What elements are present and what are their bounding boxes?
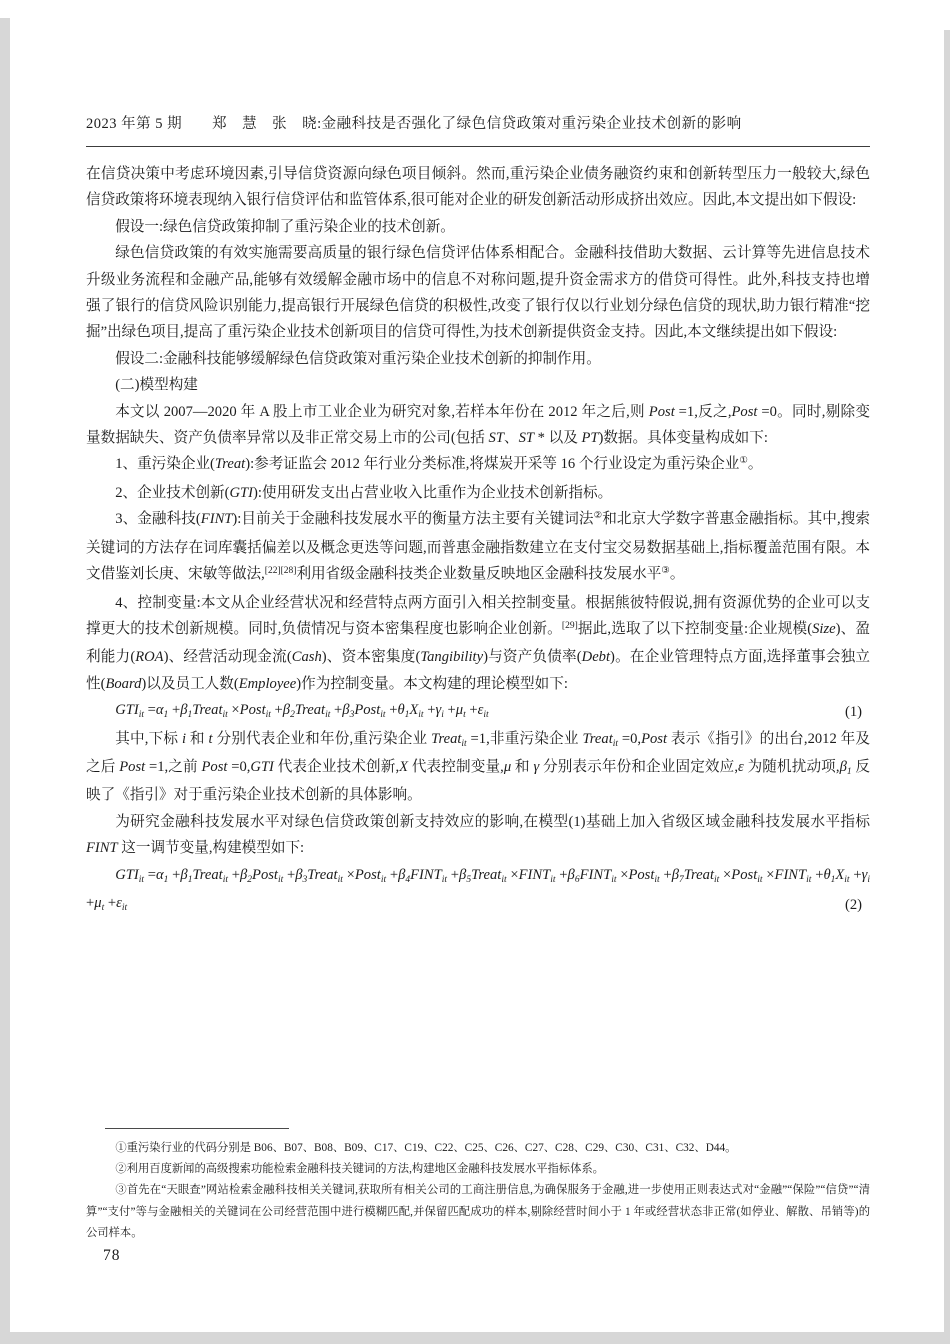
- text-run: Post: [354, 702, 380, 718]
- text-run: +: [424, 702, 436, 718]
- text-run: Treat: [431, 731, 461, 747]
- subscript: 7: [679, 875, 684, 885]
- text-run: Treat: [192, 702, 222, 718]
- page-number: 78: [103, 1247, 121, 1265]
- paragraph: 其中,下标 i 和 t 分别代表企业和年份,重污染企业 Treatit =1,非…: [86, 726, 870, 809]
- text-run: GTI: [115, 702, 139, 718]
- subscript: it: [654, 875, 659, 885]
- text-run: Post: [355, 867, 381, 883]
- text-run: Post: [252, 867, 278, 883]
- footnote: ②利用百度新闻的高级搜索功能检索金融科技关键词的方法,构建地区金融科技发展水平指…: [86, 1159, 870, 1180]
- text-run: Treat: [192, 867, 222, 883]
- superscript-note: [29]: [562, 621, 578, 631]
- subscript: it: [139, 710, 144, 720]
- text-run: Treat: [684, 867, 714, 883]
- paragraph: 2、企业技术创新(GTI):使用研发支出占营业收入比重作为企业技术创新指标。: [86, 480, 870, 506]
- subscript: 6: [575, 875, 580, 885]
- text-run: θ: [397, 702, 404, 718]
- subscript: it: [278, 875, 283, 885]
- text-run: +: [228, 867, 240, 883]
- equation-number: (2): [816, 892, 862, 918]
- text-run: μ: [456, 702, 463, 718]
- text-run: X: [835, 867, 844, 883]
- text-run: Post: [649, 404, 675, 420]
- text-run: Post: [119, 759, 145, 775]
- text-run: +: [168, 867, 180, 883]
- subscript: 1: [164, 710, 169, 720]
- subscript: it: [483, 710, 488, 720]
- text-run: 2、企业技术创新(: [115, 485, 229, 501]
- text-run: Post: [731, 867, 757, 883]
- text-run: ):目前关于金融科技发展水平的衡量方法主要有关键词法: [232, 511, 593, 527]
- footnote-separator: [105, 1128, 289, 1129]
- text-run: GTI: [115, 867, 139, 883]
- subscript: it: [757, 875, 762, 885]
- text-run: ×: [228, 702, 240, 718]
- text-run: 据此,选取了以下控制变量:企业规模(: [578, 621, 812, 637]
- article-body: 在信贷决策中考虑环境因素,引导信贷资源向绿色项目倾斜。然而,重污染企业债务融资约…: [86, 161, 870, 918]
- text-run: θ: [823, 867, 830, 883]
- text-run: GTI: [250, 759, 274, 775]
- text-run: Board: [105, 676, 141, 692]
- text-run: ×: [616, 867, 628, 883]
- text-run: 分别表示年份和企业固定效应,: [539, 759, 738, 775]
- text-run: +: [660, 867, 672, 883]
- text-run: )、经营活动现金流(: [164, 649, 292, 665]
- header-rule: [86, 146, 870, 147]
- text-run: Treat: [471, 867, 501, 883]
- text-run: FINT: [580, 867, 612, 883]
- text-run: μ: [94, 895, 101, 911]
- paragraph: 4、控制变量:本文从企业经营状况和经营特点两方面引入相关控制变量。根据熊彼特假说…: [86, 590, 870, 698]
- paragraph: 本文以 2007—2020 年 A 股上市工业企业为研究对象,若样本年份在 20…: [86, 399, 870, 452]
- text-run: Post: [732, 404, 758, 420]
- text-run: FINT: [775, 867, 807, 883]
- text-run: Post: [202, 759, 228, 775]
- subscript: it: [844, 875, 849, 885]
- text-run: ROA: [135, 649, 163, 665]
- superscript-note: ②: [594, 511, 603, 521]
- superscript-note: [22][28]: [265, 566, 297, 576]
- text-run: Post: [641, 731, 667, 747]
- text-run: +: [444, 702, 456, 718]
- text-run: =: [144, 702, 156, 718]
- text-run: =1,反之,: [675, 404, 732, 420]
- text-run: ×: [719, 867, 731, 883]
- text-run: 为随机扰动项,: [744, 759, 840, 775]
- text-run: * 以及: [534, 430, 581, 446]
- subscript: 1: [188, 875, 193, 885]
- subscript: t: [463, 710, 466, 720]
- subscript: 1: [164, 875, 169, 885]
- text-run: ST: [519, 430, 534, 446]
- text-run: +: [386, 867, 398, 883]
- paragraph: 3、金融科技(FINT):目前关于金融科技发展水平的衡量方法主要有关键词法②和北…: [86, 506, 870, 589]
- text-run: +: [466, 702, 478, 718]
- text-run: +: [447, 867, 459, 883]
- text-run: Size: [812, 621, 836, 637]
- text-run: FINT: [410, 867, 442, 883]
- subscript: 1: [187, 710, 192, 720]
- text-run: 1、重污染企业(: [115, 456, 215, 472]
- subscript: it: [223, 710, 228, 720]
- text-run: ST: [489, 430, 504, 446]
- text-run: 这一调节变量,构建模型如下:: [118, 840, 304, 856]
- text-run: 。: [748, 456, 763, 472]
- subscript: 1: [831, 875, 836, 885]
- text-run: (二)模型构建: [115, 377, 198, 393]
- subscript: it: [325, 710, 330, 720]
- text-run: β: [295, 867, 302, 883]
- subscript: 3: [303, 875, 308, 885]
- footnote: ③首先在“天眼查”网站检索金融科技相关关键词,获取所有相关公司的工商注册信息,为…: [86, 1180, 870, 1244]
- paragraph: 假设一:绿色信贷政策抑制了重污染企业的技术创新。: [86, 214, 870, 240]
- text-run: ×: [507, 867, 519, 883]
- text-run: 代表企业技术创新,: [274, 759, 399, 775]
- text-run: =1,之前: [145, 759, 201, 775]
- text-run: )作为控制变量。本文构建的理论模型如下:: [296, 676, 568, 692]
- paragraph: 为研究金融科技发展水平对绿色信贷政策创新支持效应的影响,在模型(1)基础上加入省…: [86, 809, 870, 862]
- text-run: Tangibility: [420, 649, 483, 665]
- text-run: +: [556, 867, 568, 883]
- text-run: 利用省级金融科技类企业数量反映地区金融科技发展水平: [296, 566, 661, 582]
- text-run: ×: [343, 867, 355, 883]
- text-run: β: [180, 867, 187, 883]
- text-run: +: [386, 702, 398, 718]
- text-run: PT: [581, 430, 598, 446]
- text-run: Treat: [295, 702, 325, 718]
- text-run: =1,非重污染企业: [467, 731, 583, 747]
- subscript: it: [380, 710, 385, 720]
- paragraph: 绿色信贷政策的有效实施需要高质量的银行绿色信贷评估体系相配合。金融科技借助大数据…: [86, 240, 870, 346]
- text-run: Treat: [582, 731, 612, 747]
- text-run: ):使用研发支出占营业收入比重作为企业技术创新指标。: [253, 485, 612, 501]
- text-run: )以及员工人数(: [141, 676, 238, 692]
- text-run: X: [399, 759, 408, 775]
- footnote: ①重污染行业的代码分别是 B06、B07、B08、B09、C17、C19、C22…: [86, 1138, 870, 1159]
- text-run: Post: [240, 702, 266, 718]
- text-run: )数据。具体变量构成如下:: [598, 430, 767, 446]
- text-run: β: [568, 867, 575, 883]
- paragraph: 1、重污染企业(Treat):参考证监会 2012 年行业分类标准,将煤炭开采等…: [86, 451, 870, 479]
- equation: GTIit =α1 +β1Treatit +β2Postit +β3Treati…: [86, 862, 870, 919]
- text-run: β: [840, 759, 847, 775]
- text-run: 和: [511, 759, 533, 775]
- text-run: +: [283, 867, 295, 883]
- text-run: Cash: [292, 649, 322, 665]
- subscript: it: [266, 710, 271, 720]
- paragraph: 在信贷决策中考虑环境因素,引导信贷资源向绿色项目倾斜。然而,重污染企业债务融资约…: [86, 161, 870, 214]
- text-run: +: [271, 702, 283, 718]
- subscript: 1: [847, 767, 852, 777]
- text-run: +: [86, 895, 94, 911]
- subscript: 5: [466, 875, 471, 885]
- text-run: +: [104, 895, 116, 911]
- subscript: it: [442, 875, 447, 885]
- text-run: 在信贷决策中考虑环境因素,引导信贷资源向绿色项目倾斜。然而,重污染企业债务融资约…: [86, 166, 870, 208]
- text-run: 代表控制变量,: [408, 759, 504, 775]
- text-run: ):参考证监会 2012 年行业分类标准,将煤炭开采等 16 个行业设定为重污染…: [245, 456, 739, 472]
- subscript: i: [441, 710, 444, 720]
- text-run: )、资本密集度(: [322, 649, 421, 665]
- subscript: it: [223, 875, 228, 885]
- text-run: Treat: [215, 456, 245, 472]
- text-run: ×: [763, 867, 775, 883]
- text-run: 和: [186, 731, 208, 747]
- text-run: 为研究金融科技发展水平对绿色信贷政策创新支持效应的影响,在模型(1)基础上加入省…: [115, 814, 870, 830]
- subscript: 2: [247, 875, 252, 885]
- text-run: 其中,下标: [115, 731, 182, 747]
- equation: GTIit =α1 +β1Treatit ×Postit +β2Treatit …: [86, 697, 870, 725]
- text-run: FINT: [519, 867, 551, 883]
- subscript: 1: [405, 710, 410, 720]
- text-run: 绿色信贷政策的有效实施需要高质量的银行绿色信贷评估体系相配合。金融科技借助大数据…: [86, 245, 870, 340]
- subscript: 2: [290, 710, 295, 720]
- text-run: 假设二:金融科技能够缓解绿色信贷政策对重污染企业技术创新的抑制作用。: [115, 351, 601, 367]
- text-run: 分别代表企业和年份,重污染企业: [213, 731, 432, 747]
- subscript: it: [550, 875, 555, 885]
- running-header: 2023 年第 5 期 郑 慧 张 晓:金融科技是否强化了绿色信贷政策对重污染企…: [86, 112, 870, 133]
- equation-number: (1): [816, 699, 862, 725]
- subscript: it: [338, 875, 343, 885]
- text-run: +: [850, 867, 862, 883]
- text-run: GTI: [230, 485, 254, 501]
- subscript: 3: [350, 710, 355, 720]
- superscript-note: ③: [661, 566, 670, 576]
- subscript: t: [102, 903, 105, 913]
- subscript: it: [611, 875, 616, 885]
- text-run: ε: [116, 895, 122, 911]
- text-run: =0,: [227, 759, 250, 775]
- superscript-note: ①: [739, 456, 748, 466]
- text-run: 假设一:绿色信贷政策抑制了重污染企业的技术创新。: [115, 219, 455, 235]
- subscript: it: [461, 739, 466, 749]
- subscript: it: [122, 903, 127, 913]
- text-run: β: [283, 702, 290, 718]
- text-run: +: [811, 867, 823, 883]
- subscript: it: [381, 875, 386, 885]
- subscript: it: [714, 875, 719, 885]
- text-run: Post: [628, 867, 654, 883]
- text-run: )与资产负债率(: [483, 649, 582, 665]
- subscript: it: [501, 875, 506, 885]
- text-run: =: [144, 867, 156, 883]
- text-run: =0,: [618, 731, 641, 747]
- scan-edge-bottom: [0, 1332, 950, 1344]
- text-run: +: [168, 702, 180, 718]
- subscript: it: [613, 739, 618, 749]
- scan-edge-right: [944, 30, 950, 1344]
- paragraph: (二)模型构建: [86, 372, 870, 398]
- footnotes: ①重污染行业的代码分别是 B06、B07、B08、B09、C17、C19、C22…: [86, 1138, 870, 1244]
- journal-page: 2023 年第 5 期 郑 慧 张 晓:金融科技是否强化了绿色信贷政策对重污染企…: [0, 0, 950, 1344]
- subscript: 4: [405, 875, 410, 885]
- text-run: α: [156, 867, 164, 883]
- text-run: FINT: [201, 511, 233, 527]
- scan-edge-left: [0, 18, 10, 1344]
- text-run: α: [156, 702, 164, 718]
- text-run: β: [342, 702, 349, 718]
- text-run: +: [330, 702, 342, 718]
- subscript: it: [139, 875, 144, 885]
- subscript: it: [806, 875, 811, 885]
- text-run: Treat: [307, 867, 337, 883]
- text-run: Employee: [239, 676, 297, 692]
- text-run: FINT: [86, 840, 118, 856]
- text-run: X: [409, 702, 418, 718]
- text-run: 、: [504, 430, 519, 446]
- subscript: i: [867, 875, 870, 885]
- text-run: 。: [670, 566, 685, 582]
- subscript: it: [418, 710, 423, 720]
- text-run: 3、金融科技(: [115, 511, 201, 527]
- paragraph: 假设二:金融科技能够缓解绿色信贷政策对重污染企业技术创新的抑制作用。: [86, 346, 870, 372]
- text-run: Debt: [582, 649, 610, 665]
- text-run: 本文以 2007—2020 年 A 股上市工业企业为研究对象,若样本年份在 20…: [115, 404, 649, 420]
- text-run: β: [672, 867, 679, 883]
